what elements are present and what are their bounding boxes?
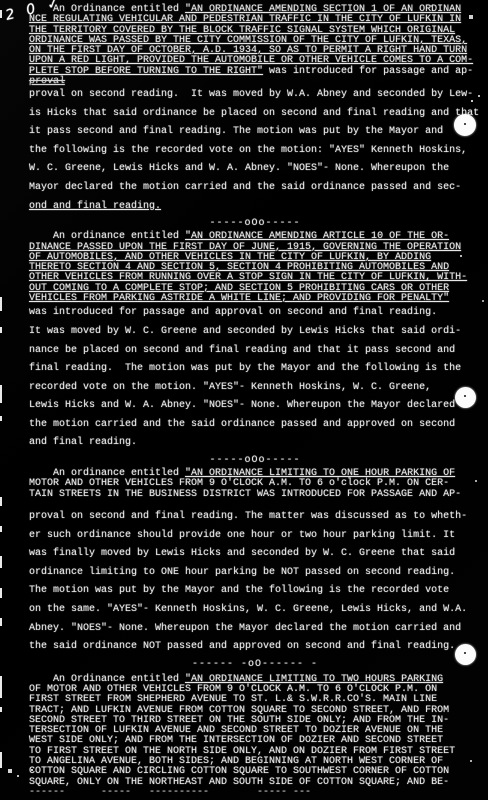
edge-mark	[0, 10, 2, 18]
binder-hole-bottom	[455, 644, 476, 665]
edge-mark	[0, 526, 2, 532]
edge-mark	[0, 676, 2, 698]
doc-line: the motion carried and the said ordinanc…	[29, 416, 481, 435]
ordinance-title-lines: NCE REGULATING VEHICULAR AND PEDESTRIAN …	[29, 15, 481, 66]
edge-mark	[0, 752, 2, 768]
photostat-minutes-page: 2 0 ✓ An Ordinance entitled "AN ORDINANC…	[0, 0, 488, 800]
doc-line: the said ordinance NOT passed and approv…	[29, 638, 481, 657]
edge-mark	[0, 618, 2, 626]
section-separator: -----oOo-----	[29, 455, 481, 466]
paragraph-intro: An ordinance entitled	[29, 231, 185, 242]
edge-mark	[0, 707, 2, 712]
edge-mark	[0, 297, 2, 311]
paragraph-body-lines: was introduced for passage and approval …	[29, 304, 481, 453]
typewritten-text-block: An Ordinance entitled "AN ORDINANCE AMEN…	[29, 5, 481, 798]
doc-line: nance be placed on second and final read…	[29, 342, 481, 361]
binder-hole-middle	[455, 387, 476, 408]
ordinance-title-lines: MOTOR AND OTHER VEHICLES FROM 9 O'CLOCK …	[29, 479, 481, 500]
ordinance-paragraph-2: An ordinance entitled "AN ORDINANCE AMEN…	[29, 232, 481, 466]
ordinance-paragraph-4: An Ordinance entitled "AN ORDINANCE LIMI…	[29, 675, 481, 799]
struck-out-word: proval	[29, 78, 482, 86]
doc-line: recorded vote on the motion. "AYES"- Ken…	[29, 379, 481, 398]
edge-mark	[0, 416, 2, 421]
section-separator: -----oOo-----	[29, 218, 481, 229]
doc-line: proval on second and final reading. The …	[29, 508, 481, 527]
doc-line: er such ordinance should provide one hou…	[29, 527, 481, 546]
edge-mark	[0, 385, 2, 403]
doc-line: Lewis Hicks and W. A. Abney. "NOES"- Non…	[29, 397, 481, 416]
doc-line: Mayor declared the motion carried and th…	[29, 179, 481, 198]
edge-mark	[0, 588, 2, 598]
doc-line: on the same. "AYES"- Kenneth Hoskins, W.…	[29, 601, 481, 620]
doc-line: final reading. The motion was put by the…	[29, 360, 481, 379]
doc-line: is Hicks that said ordinance be placed o…	[29, 105, 481, 124]
doc-line: PLETE STOP BEFORE TURNING TO THE RIGHT" …	[29, 67, 481, 77]
doc-line: An ordinance entitled "AN ORDINANCE AMEN…	[29, 232, 481, 242]
doc-line: was finally moved by Lewis Hicks and sec…	[29, 545, 481, 564]
doc-line: TAIN STREETS IN THE BUSINESS DISTRICT WA…	[29, 490, 481, 500]
doc-line: it pass second and final reading. The mo…	[29, 123, 481, 142]
doc-line: VEHICLES FROM PARKING ASTRIDE A WHITE LI…	[29, 294, 481, 304]
edge-mark	[0, 327, 2, 333]
doc-line: proval on second reading. It was moved b…	[29, 86, 481, 105]
edge-mark	[0, 556, 2, 568]
doc-line: the following is the recorded vote on th…	[29, 142, 481, 161]
ordinance-title-lines: OF MOTOR AND OTHER VEHICLES FROM 9 O'CLO…	[29, 685, 481, 788]
doc-line: The motion was put by the Mayor and the …	[29, 582, 481, 601]
edge-mark	[0, 497, 2, 506]
paragraph-body-lines: proval on second reading. It was moved b…	[29, 86, 481, 198]
cut-off-line-fragment: ------ ----- ---------- ----- ---	[29, 788, 481, 798]
doc-line: ordinance limiting to ONE hour parking b…	[29, 564, 481, 583]
section-separator: ------ -oO------ -	[29, 659, 481, 670]
doc-line: ond and final reading.	[29, 198, 481, 217]
doc-line: W. C. Greene, Lewis Hicks and W. A. Abne…	[29, 160, 481, 179]
paragraph-body-lines: proval on second and final reading. The …	[29, 508, 481, 657]
film-noise-specks	[0, 0, 2, 2]
doc-line: and final reading.	[29, 434, 481, 453]
binder-hole-top	[454, 114, 476, 136]
line-tail: was introduced for passage and ap-	[263, 66, 473, 77]
ordinance-title-start: "AN ORDINANCE AMENDING ARTICLE 10 OF THE…	[185, 231, 449, 242]
ordinance-paragraph-1: An Ordinance entitled "AN ORDINANCE AMEN…	[29, 5, 481, 229]
doc-line: was introduced for passage and approval …	[29, 304, 481, 323]
doc-line: It was moved by W. C. Greene and seconde…	[29, 323, 481, 342]
ordinance-paragraph-3: An ordinance entitled "AN ORDINANCE LIMI…	[29, 469, 481, 670]
ordinance-title-lines: DINANCE PASSED UPON THE FIRST DAY OF JUN…	[29, 243, 481, 305]
doc-line: Abney. "NOES"- None. Whereupon the Mayor…	[29, 620, 481, 639]
